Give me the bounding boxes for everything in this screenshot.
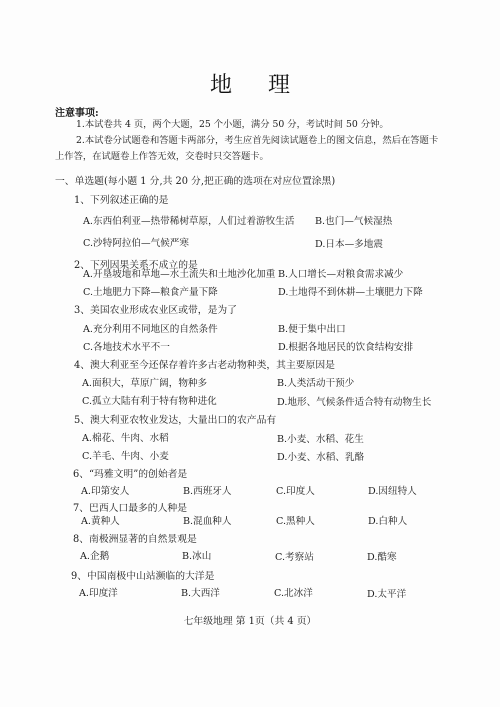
option: B.冰山: [182, 548, 211, 562]
title-char: 理: [268, 68, 290, 99]
option: C.印度人: [276, 483, 315, 497]
option: B.人口增长—对粮食需求减少: [278, 266, 403, 280]
question-stem: 6、“玛雅文明”的创始者是: [73, 466, 187, 480]
option: A.黄种人: [81, 513, 120, 527]
option: A.棉花、牛肉、水稻: [82, 430, 169, 444]
question-stem: 8、南极洲显著的自然景观是: [73, 531, 197, 545]
option: C.考察站: [275, 549, 314, 563]
option: C.黑种人: [276, 513, 315, 527]
option: D.根据各地居民的饮食结构安排: [278, 339, 413, 353]
question-stem: 1、下列叙述正确的是: [74, 192, 168, 206]
notice-item: 上作答，在试题卷上作答无效，交卷时只交答题卡。: [55, 149, 269, 165]
option: C.沙特阿拉伯—气候严寒: [83, 235, 189, 249]
question-stem: 3、美国农业形成农业区或带，是为了: [74, 302, 237, 316]
option: A.面积大，草原广阔，物种多: [82, 375, 207, 389]
option: A.企鹅: [80, 548, 109, 562]
question-stem: 7、巴西人口最多的人种是: [73, 500, 187, 514]
option: C.北冰洋: [274, 585, 313, 599]
option: C.各地技术水平不一: [83, 339, 170, 353]
option: A.东西伯利亚—热带稀树草原，人们过着游牧生活: [83, 213, 294, 227]
option: B.人类活动干预少: [277, 375, 354, 389]
option: D.因纽特人: [368, 483, 417, 497]
question-stem: 5、澳大利亚农牧业发达，大量出口的农产品有: [74, 412, 276, 426]
section-heading: 一、单选题(每小题 1 分,共 20 分,把正确的选项在对应位置涂黑): [55, 173, 335, 187]
notice-item: 1.本试卷共 4 页，两个大题，25 个小题，满分 50 分，考试时间 50 分…: [76, 117, 389, 133]
option: A.印第安人: [81, 483, 129, 497]
page-title: 地理: [0, 68, 500, 99]
option: B.也门—气候湿热: [315, 213, 392, 227]
option: A.印度洋: [79, 585, 118, 599]
option: C.羊毛、牛肉、小麦: [82, 448, 169, 462]
option: D.土地得不到休耕—土壤肥力下降: [278, 284, 423, 298]
option: A.开垦坡地和草地—水土流失和土地沙化加重: [83, 266, 275, 280]
option: C.孤立大陆有利于特有物种进化: [82, 393, 217, 407]
option: B.混血种人: [183, 513, 231, 527]
option: D.地形、气候条件适合特有动物生长: [277, 394, 431, 408]
question-stem: 9、中国南极中山站濒临的大洋是: [71, 568, 214, 582]
notice-item: 2.本试卷分试题卷和答题卡两部分，考生应首先阅读试题卷上的图文信息，然后在答题卡: [76, 133, 456, 149]
option: B.小麦、水稻、花生: [277, 431, 364, 445]
option: C.土地肥力下降—粮食产量下降: [83, 284, 218, 298]
option: B.便于集中出口: [278, 321, 346, 335]
page-footer: 七年级地理 第 1页（共 4 页）: [0, 613, 500, 627]
option: D.日本—多地震: [315, 236, 383, 250]
option: D.白种人: [368, 513, 407, 527]
option: B.大西洋: [181, 585, 220, 599]
option: B.西班牙人: [183, 483, 231, 497]
option: D.太平洋: [367, 586, 406, 600]
question-stem: 4、澳大利亚至今还保存着许多古老动物种类，其主要原因是: [74, 357, 335, 371]
option: A.充分利用不同地区的自然条件: [83, 321, 218, 335]
title-char: 地: [210, 68, 232, 99]
option: D.酷寒: [367, 549, 397, 563]
exam-page: 地理 注意事项: 1.本试卷共 4 页，两个大题，25 个小题，满分 50 分，…: [0, 0, 500, 707]
option: D.小麦、水稻、乳酪: [277, 449, 364, 463]
